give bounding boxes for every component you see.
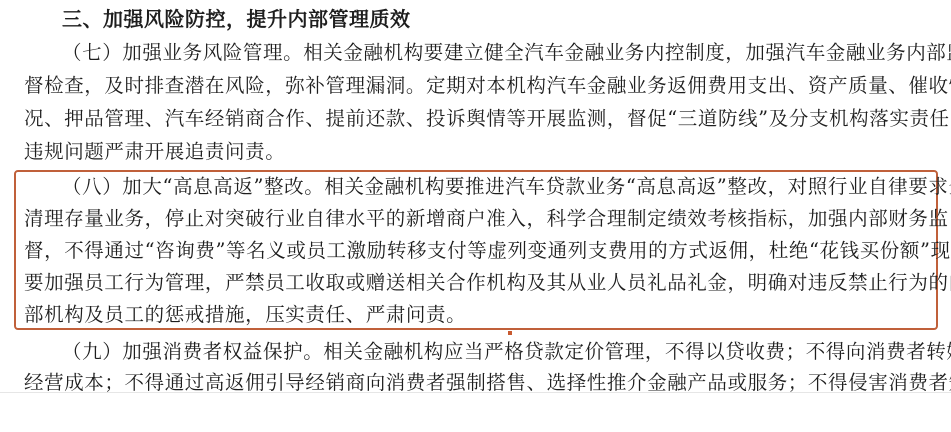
document-page: 三、加强风险防控，提升内部管理质效 （七）加强业务风险管理。相关金融机构要建立健… [0,0,951,392]
page-bottom-margin [0,392,951,432]
paragraph-8-line-3: 督，不得通过“咨询费”等名义或员工激励转移支付等虚列变通列支费用的方式返佣，杜绝… [24,238,951,264]
paragraph-8-line-2: 清理存量业务，停止对突破行业自律水平的新增商户准入，科学合理制定绩效考核指标，加… [24,206,949,232]
section-heading: 三、加强风险防控，提升内部管理质效 [62,6,411,32]
paragraph-8-line-5: 部机构及员工的惩戒措施，压实责任、严肃问责。 [24,302,466,328]
paragraph-8-line-1: （八）加大“高息高返”整改。相关金融机构要推进汽车贷款业务“高息高返”整改，对照… [62,174,951,200]
paragraph-8-line-4: 要加强员工行为管理，严禁员工收取或赠送相关合作机构及其从业人员礼品礼金，明确对违… [24,270,951,296]
paragraph-7-line-4: 违规问题严肃开展追责问责。 [24,139,285,165]
paragraph-7-line-1: （七）加强业务风险管理。相关金融机构要建立健全汽车金融业务内控制度，加强汽车金融… [62,40,951,66]
paragraph-7-line-3: 况、押品管理、汽车经销商合作、提前还款、投诉舆情等开展监测，督促“三道防线”及分… [24,106,951,132]
paragraph-9-line-1: （九）加强消费者权益保护。相关金融机构应当严格贷款定价管理，不得以贷收费；不得向… [62,339,951,365]
paragraph-7-line-2: 督检查，及时排查潜在风险，弥补管理漏洞。定期对本机构汽车金融业务返佣费用支出、资… [24,73,951,99]
cursor-marker [508,331,512,335]
